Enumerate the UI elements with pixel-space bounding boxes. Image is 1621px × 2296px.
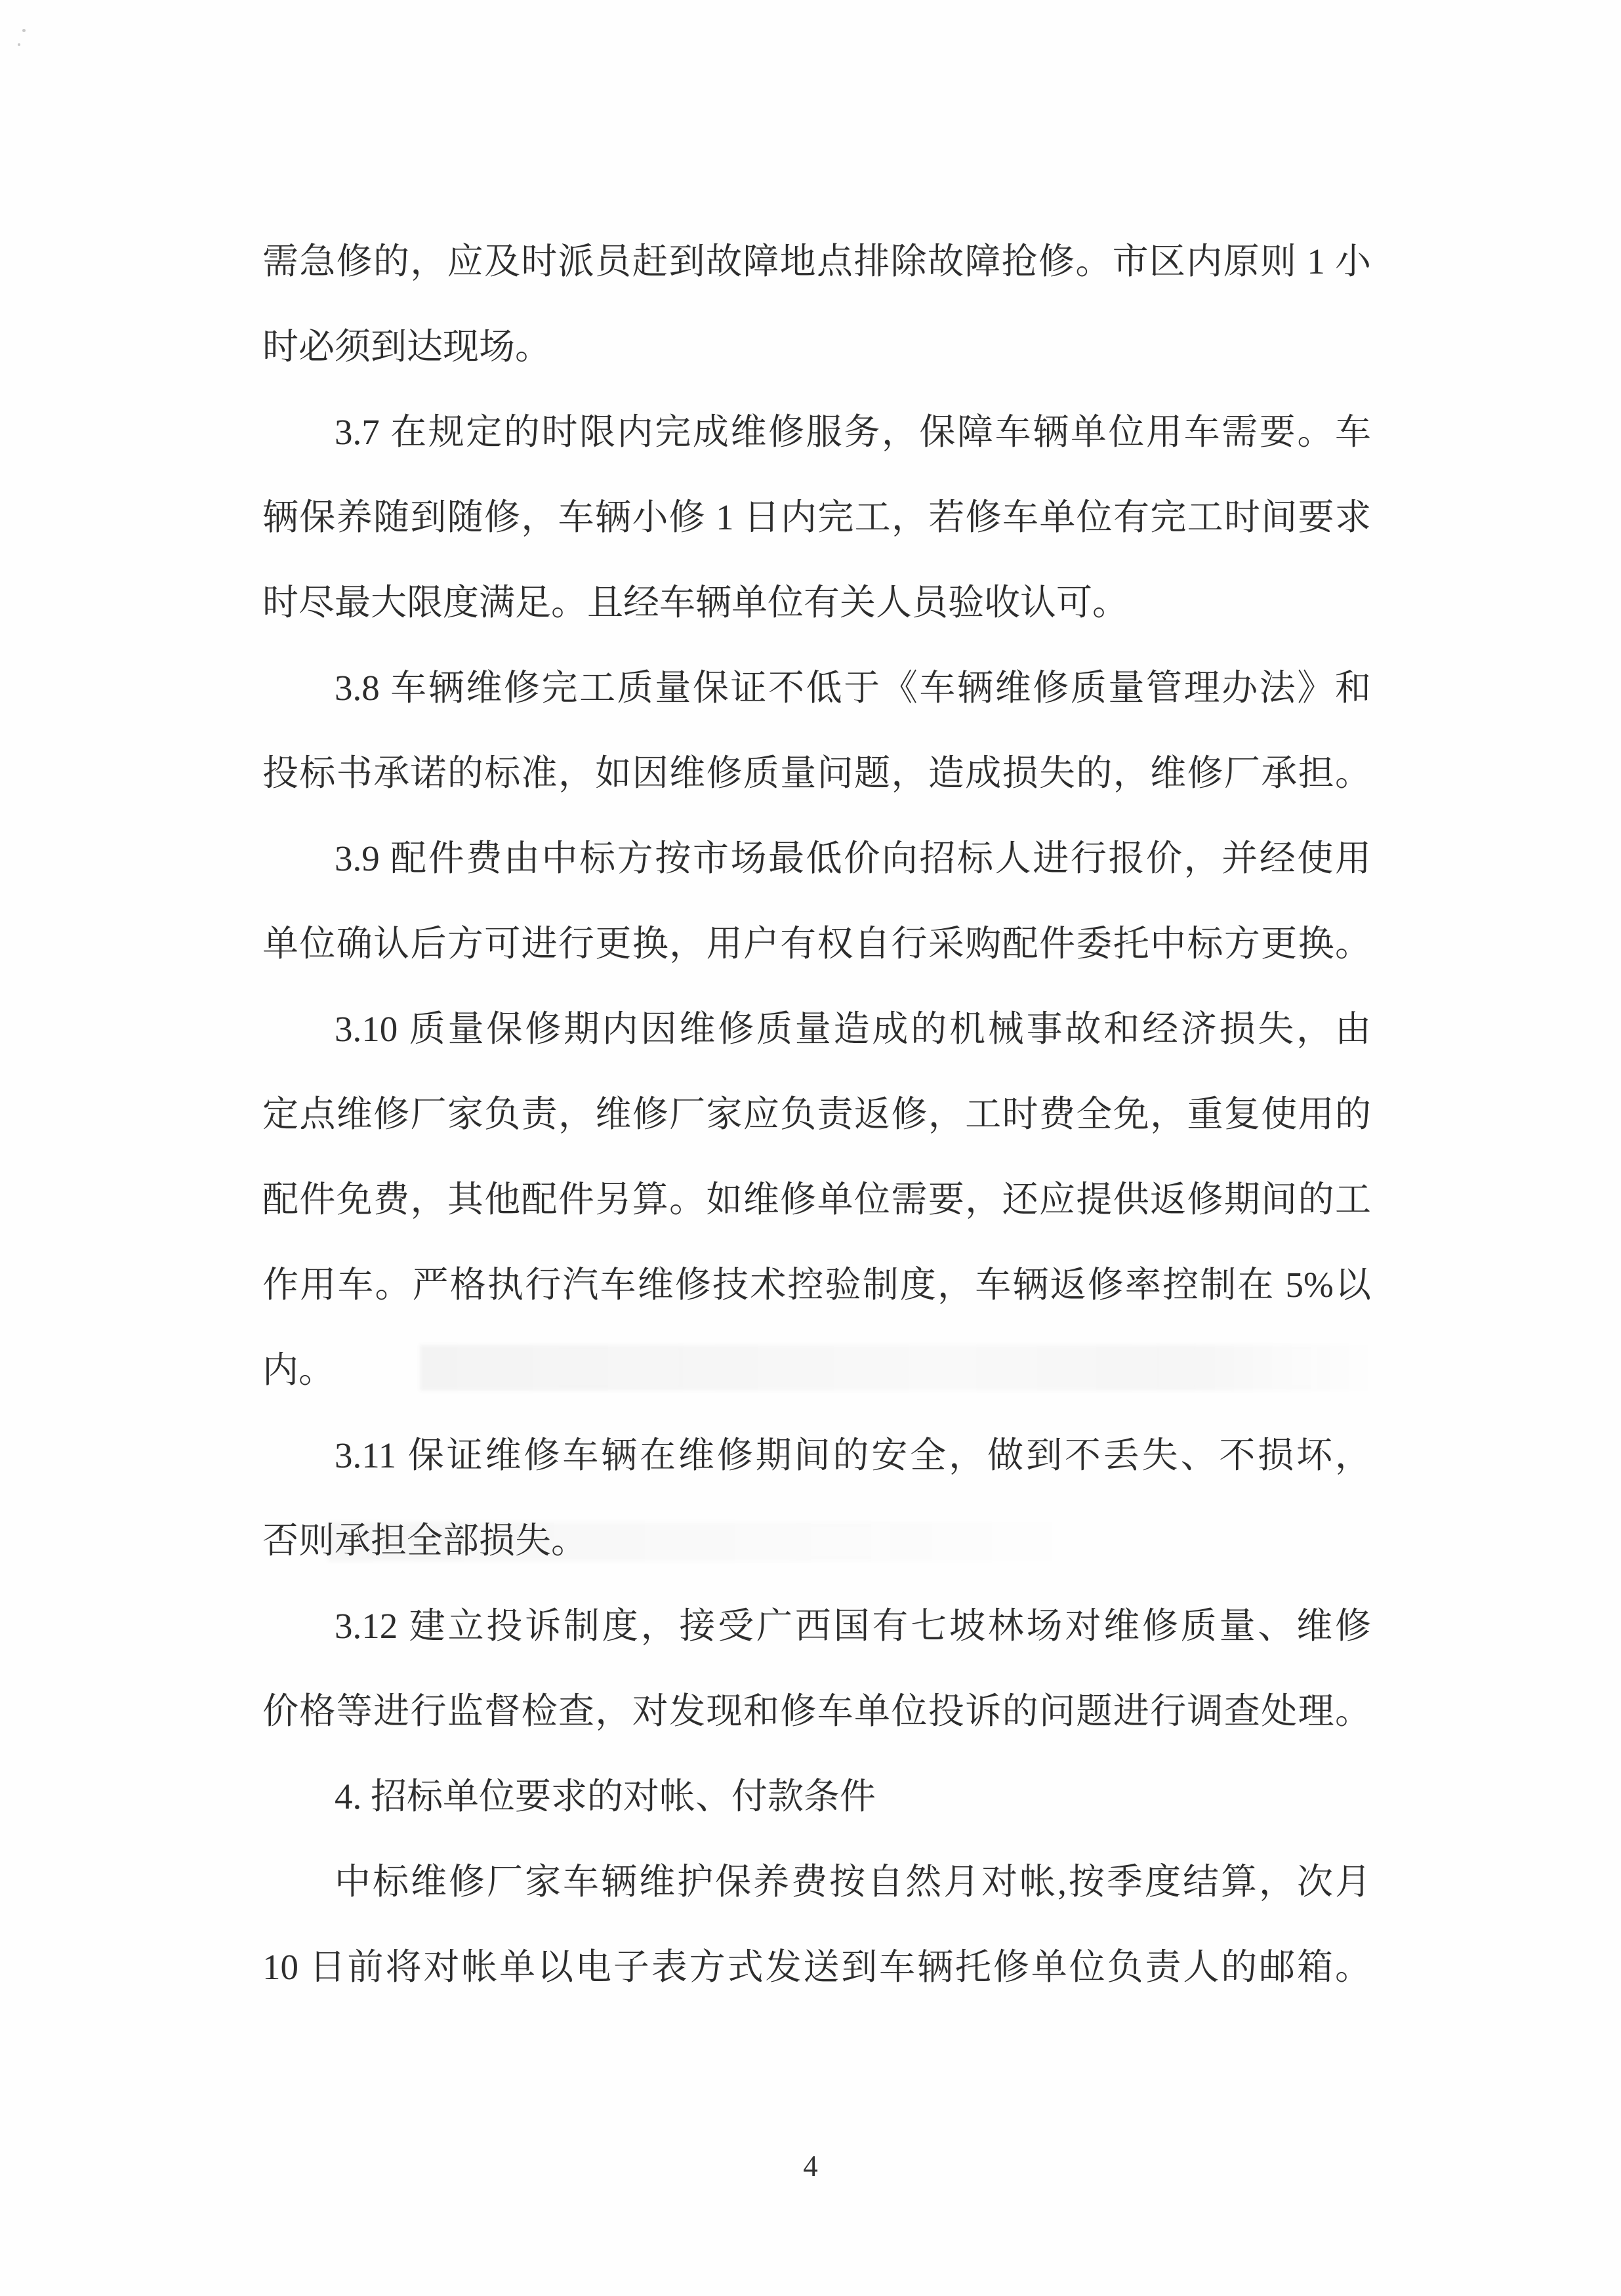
page-number: 4: [0, 2146, 1621, 2186]
text-line: 投标书承诺的标准，如因维修质量问题，造成损失的，维修厂承担。: [262, 731, 1371, 816]
text-line: 作用车。严格执行汽车维修技术控验制度，车辆返修率控制在 5%以: [262, 1242, 1371, 1328]
text-line: 定点维修厂家负责，维修厂家应负责返修，工时费全免，重复使用的: [262, 1072, 1371, 1157]
scan-speck: [22, 29, 26, 32]
scanned-document-page: 需急修的，应及时派员赶到故障地点排除故障抢修。市区内原则 1 小 时必须到达现场…: [0, 0, 1621, 2296]
text-line: 中标维修厂家车辆维护保养费按自然月对帐,按季度结算，次月: [262, 1839, 1371, 1925]
text-line: 配件免费，其他配件另算。如维修单位需要，还应提供返修期间的工: [262, 1157, 1371, 1242]
scan-speck: [18, 43, 20, 46]
text-line: 3.10 质量保修期内因维修质量造成的机械事故和经济损失，由: [262, 987, 1371, 1072]
text-line: 3.9 配件费由中标方按市场最低价向招标人进行报价，并经使用: [262, 816, 1371, 901]
text-line: 10 日前将对帐单以电子表方式发送到车辆托修单位负责人的邮箱。: [262, 1925, 1371, 2010]
text-line: 3.11 保证维修车辆在维修期间的安全，做到不丢失、不损坏，: [262, 1413, 1371, 1498]
text-line: 时尽最大限度满足。且经车辆单位有关人员验收认可。: [262, 560, 1371, 646]
text-line: 否则承担全部损失。: [262, 1498, 1371, 1584]
text-line: 时必须到达现场。: [262, 304, 1371, 390]
text-line: 需急修的，应及时派员赶到故障地点排除故障抢修。市区内原则 1 小: [262, 219, 1371, 304]
document-body: 需急修的，应及时派员赶到故障地点排除故障抢修。市区内原则 1 小 时必须到达现场…: [262, 219, 1371, 2010]
text-line: 辆保养随到随修，车辆小修 1 日内完工，若修车单位有完工时间要求: [262, 475, 1371, 560]
text-line: 3.12 建立投诉制度，接受广西国有七坡林场对维修质量、维修: [262, 1584, 1371, 1669]
text-line: 单位确认后方可进行更换，用户有权自行采购配件委托中标方更换。: [262, 901, 1371, 987]
text-line: 价格等进行监督检查，对发现和修车单位投诉的问题进行调查处理。: [262, 1669, 1371, 1754]
text-line: 4. 招标单位要求的对帐、付款条件: [262, 1754, 1371, 1839]
text-line: 3.7 在规定的时限内完成维修服务，保障车辆单位用车需要。车: [262, 390, 1371, 475]
text-line: 内。: [262, 1328, 1371, 1413]
text-line: 3.8 车辆维修完工质量保证不低于《车辆维修质量管理办法》和: [262, 646, 1371, 731]
